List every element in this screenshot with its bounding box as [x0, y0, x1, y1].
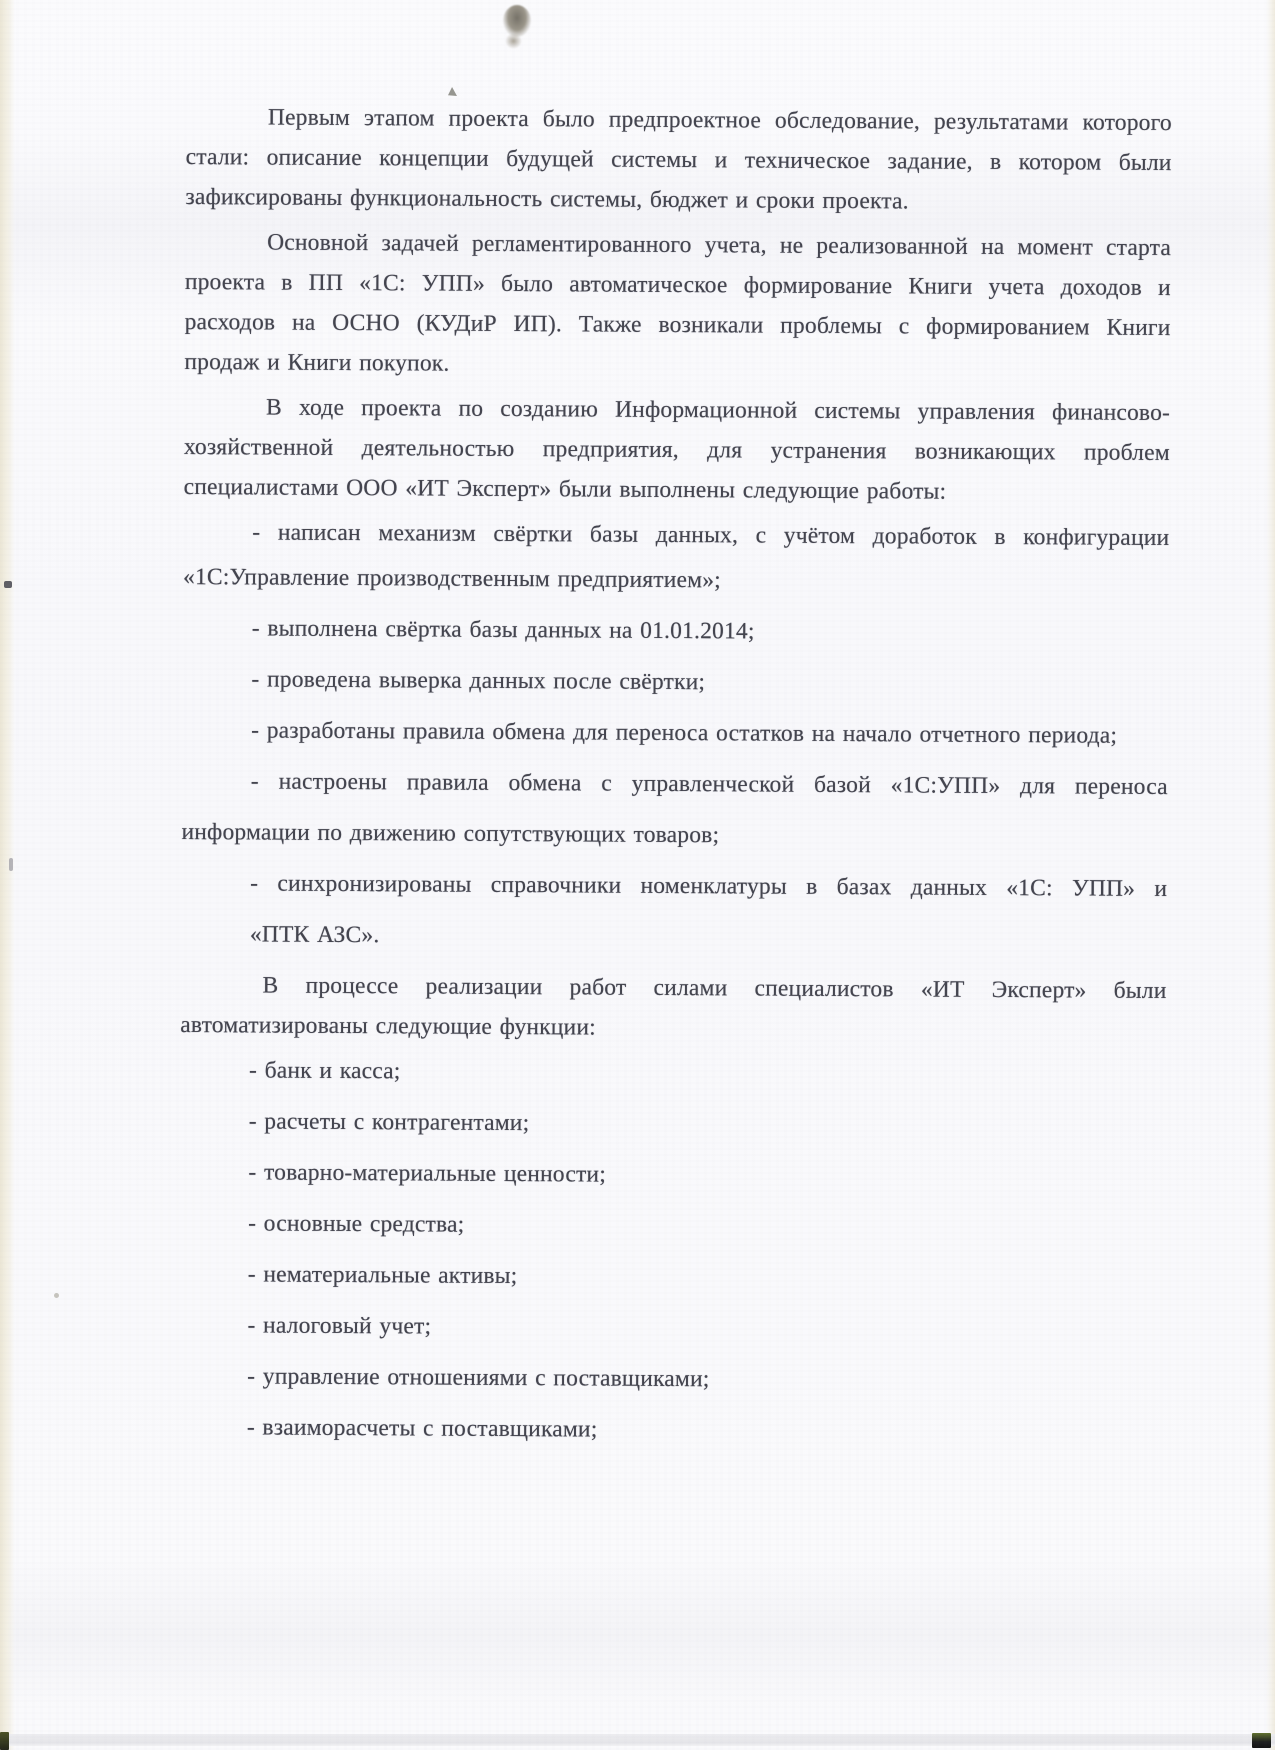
scan-smudge [503, 5, 531, 37]
text-line: расходов на ОСНО (КУДиР ИП). Также возни… [185, 302, 1171, 348]
text-line: Первым этапом проекта было предпроектное… [186, 97, 1172, 143]
text-line: В ходе проекта по созданию Информационно… [184, 387, 1170, 433]
text-line: хозяйственной деятельностью предприятия,… [184, 427, 1170, 473]
text-line: зафиксированы функциональность системы, … [185, 177, 1171, 223]
scan-speck [4, 581, 12, 588]
text-line: - основные средства; [179, 1203, 1165, 1249]
text-line: - управление отношениями с поставщиками; [178, 1356, 1164, 1402]
scanned-document-page: Первым этапом проекта было предпроектное… [0, 0, 1275, 1750]
text-line: «1С:Управление производственным предприя… [183, 557, 1169, 603]
page-left-edge [0, 0, 15, 1750]
text-line: продаж и Книги покупок. [184, 342, 1170, 388]
scan-corner-mark [1252, 1733, 1271, 1748]
text-line: - взаиморасчеты с поставщиками; [178, 1407, 1164, 1453]
page-right-edge [1266, 0, 1275, 1750]
text-line: специалистами ООО «ИТ Эксперт» были выпо… [183, 467, 1169, 513]
text-line: - проведена выверка данных после свёртки… [182, 659, 1168, 705]
text-line: - расчеты с контрагентами; [180, 1101, 1166, 1147]
text-line: «ПТК АЗС». [181, 914, 1167, 960]
text-line: - товарно-материальные ценности; [179, 1152, 1165, 1198]
scan-speck [54, 1293, 59, 1298]
text-line: - банк и касса; [180, 1050, 1166, 1096]
text-line: - написан механизм свёртки базы данных, … [183, 512, 1169, 558]
text-line: - налоговый учет; [178, 1305, 1164, 1351]
scan-speck [9, 858, 13, 871]
text-line: - разработаны правила обмена для перенос… [182, 710, 1168, 756]
text-line: информации по движению сопутствующих тов… [181, 812, 1167, 858]
text-line: - нематериальные активы; [179, 1254, 1165, 1300]
scan-shading-band [0, 1560, 1275, 1710]
text-block: Первым этапом проекта было предпроектное… [178, 97, 1172, 1453]
text-line: В процессе реализации работ силами специ… [180, 965, 1166, 1011]
text-line: автоматизированы следующие функции: [180, 1005, 1166, 1051]
text-line: - синхронизированы справочники номенклат… [181, 863, 1167, 909]
text-line: - настроены правила обмена с управленчес… [182, 761, 1168, 807]
scan-bottom-strip [0, 1734, 1275, 1746]
scan-corner-mark [0, 1732, 9, 1750]
text-line: Основной задачей регламентированного уче… [185, 222, 1171, 268]
text-line: - выполнена свёртка базы данных на 01.01… [183, 608, 1169, 654]
scan-smudge [505, 33, 522, 49]
scan-speck [448, 87, 457, 96]
text-line: проекта в ПП «1С: УПП» было автоматическ… [185, 262, 1171, 308]
text-line: стали: описание концепции будущей систем… [186, 137, 1172, 183]
